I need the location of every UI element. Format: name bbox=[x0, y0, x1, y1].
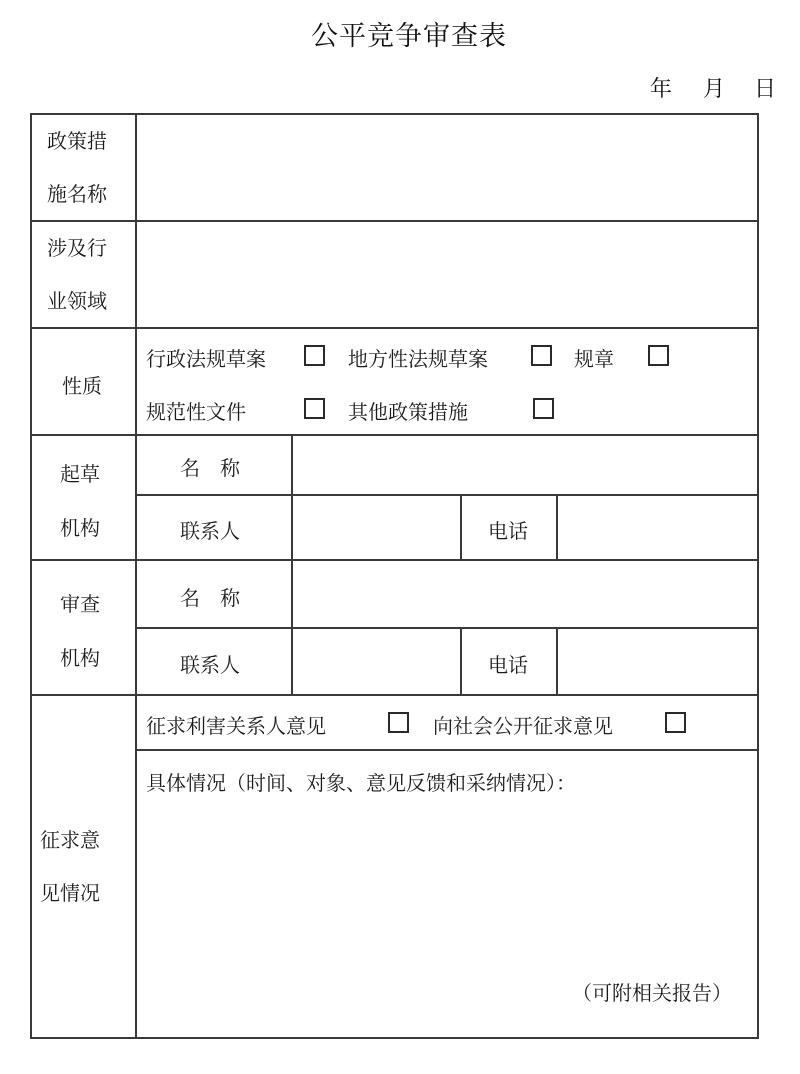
review-org-label-line1: 审查 bbox=[60, 588, 100, 617]
sub-row-divider bbox=[135, 749, 759, 751]
drafting-org-label-line1: 起草 bbox=[60, 458, 100, 487]
label-line: 征求意 bbox=[40, 814, 140, 867]
checkbox-public-opinion[interactable] bbox=[665, 712, 686, 733]
drafting-name-field[interactable] bbox=[293, 436, 757, 494]
checkbox-admin-regulation[interactable] bbox=[304, 345, 325, 366]
date-month-label: 月 bbox=[703, 72, 725, 103]
row-divider bbox=[30, 694, 759, 696]
consultation-details-label: 具体情况（时间、对象、意见反馈和采纳情况）： bbox=[146, 767, 576, 796]
consultation-details-field[interactable] bbox=[137, 800, 757, 970]
review-phone-label: 电话 bbox=[488, 649, 528, 678]
table-border-right bbox=[757, 113, 759, 1039]
option-label-other-measures: 其他政策措施 bbox=[348, 396, 468, 425]
checkbox-rules[interactable] bbox=[648, 345, 669, 366]
label-line: 涉及行 bbox=[47, 222, 147, 275]
review-contact-label: 联系人 bbox=[180, 649, 240, 678]
nature-label: 性质 bbox=[62, 370, 102, 399]
option-label-local-regulation: 地方性法规草案 bbox=[348, 343, 488, 372]
consultation-label: 征求意 见情况 bbox=[40, 814, 140, 920]
option-label-public-opinion: 向社会公开征求意见 bbox=[433, 710, 613, 739]
label-line: 业领域 bbox=[47, 275, 147, 328]
review-contact-field[interactable] bbox=[293, 629, 460, 694]
review-phone-field[interactable] bbox=[558, 629, 757, 694]
option-label-rules: 规章 bbox=[574, 343, 614, 372]
checkbox-local-regulation[interactable] bbox=[531, 345, 552, 366]
label-line: 施名称 bbox=[47, 168, 147, 221]
industry-label: 涉及行 业领域 bbox=[47, 222, 147, 328]
date-day-label: 日 bbox=[754, 72, 776, 103]
label-line: 见情况 bbox=[40, 867, 140, 920]
label-line: 政策措 bbox=[47, 115, 147, 168]
drafting-phone-field[interactable] bbox=[558, 496, 757, 559]
checkbox-stakeholder-opinion[interactable] bbox=[388, 712, 409, 733]
review-org-label-line2: 机构 bbox=[60, 642, 100, 671]
review-name-label: 名 称 bbox=[180, 582, 240, 611]
form-title: 公平竞争审查表 bbox=[0, 14, 800, 53]
checkbox-other-measures[interactable] bbox=[533, 398, 554, 419]
policy-name-label: 政策措 施名称 bbox=[47, 115, 147, 221]
drafting-name-label: 名 称 bbox=[180, 452, 240, 481]
phone-label-divider-left bbox=[460, 627, 462, 696]
drafting-contact-field[interactable] bbox=[293, 496, 460, 559]
drafting-org-label-line2: 机构 bbox=[60, 512, 100, 541]
option-label-normative-doc: 规范性文件 bbox=[146, 396, 246, 425]
review-name-field[interactable] bbox=[293, 561, 757, 627]
industry-field[interactable] bbox=[137, 222, 757, 327]
attachment-note: （可附相关报告） bbox=[572, 977, 732, 1006]
policy-name-field[interactable] bbox=[137, 115, 757, 220]
option-label-stakeholder-opinion: 征求利害关系人意见 bbox=[146, 710, 326, 739]
checkbox-normative-doc[interactable] bbox=[304, 398, 325, 419]
table-border-bottom bbox=[30, 1037, 759, 1039]
option-label-admin-regulation: 行政法规草案 bbox=[146, 343, 266, 372]
drafting-phone-label: 电话 bbox=[488, 515, 528, 544]
date-year-label: 年 bbox=[650, 72, 672, 103]
drafting-contact-label: 联系人 bbox=[180, 515, 240, 544]
phone-label-divider-left bbox=[460, 494, 462, 561]
table-border-left bbox=[30, 113, 32, 1039]
